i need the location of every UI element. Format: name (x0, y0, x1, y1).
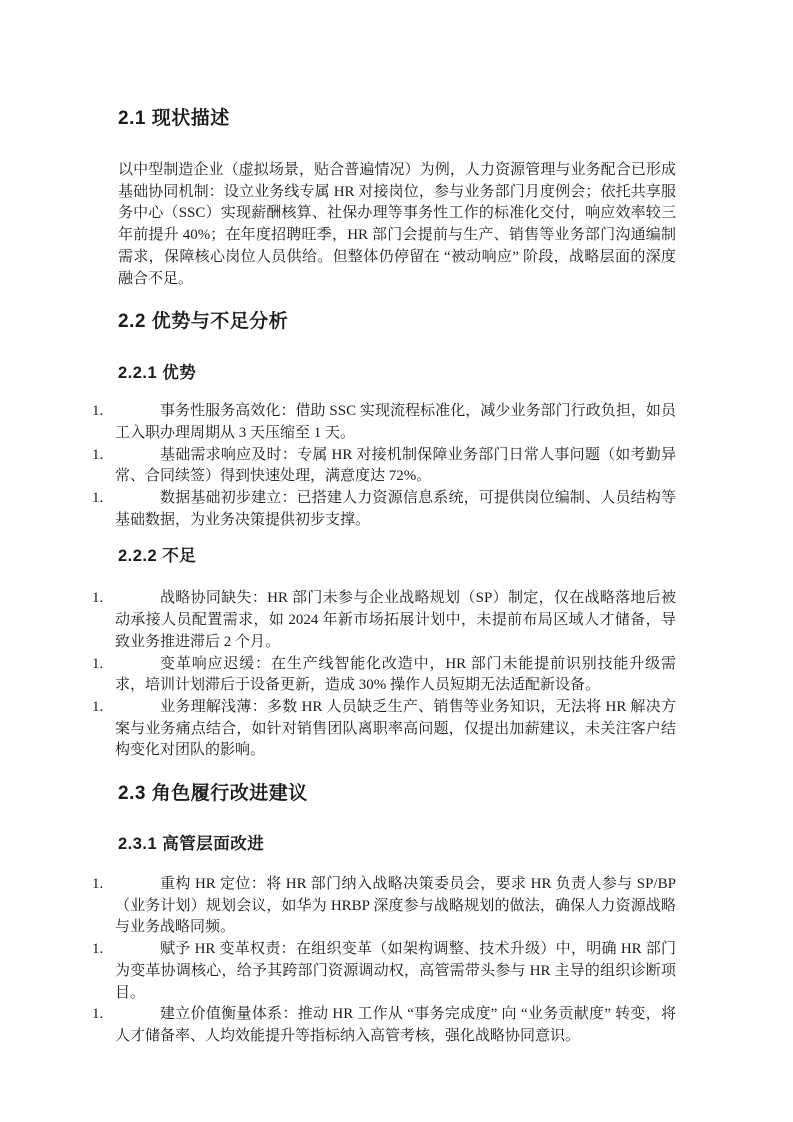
list-item-marker: 1. (92, 1004, 103, 1026)
list-item-marker: 1. (92, 488, 103, 510)
list-item: 1. 事务性服务高效化：借助 SSC 实现流程标准化，减少业务部门行政负担，如员… (115, 401, 676, 444)
list-item-text: 重构 HR 定位：将 HR 部门纳入战略决策委员会，要求 HR 负责人参与 SP… (115, 876, 676, 935)
list-item-marker: 1. (92, 445, 103, 467)
list-item-text: 建立价值衡量体系：推动 HR 工作从 “事务完成度” 向 “业务贡献度” 转变，… (115, 1006, 676, 1044)
list-item-marker: 1. (92, 654, 103, 676)
list-item: 1. 数据基础初步建立：已搭建人力资源信息系统，可提供岗位编制、人员结构等基础数… (115, 488, 676, 531)
list-item: 1. 变革响应迟缓：在生产线智能化改造中，HR 部门未能提前识别技能升级需求，培… (115, 654, 676, 697)
list-item-text: 赋予 HR 变革权责：在组织变革（如架构调整、技术升级）中，明确 HR 部门为变… (115, 941, 676, 1000)
list-item: 1. 赋予 HR 变革权责：在组织变革（如架构调整、技术升级）中，明确 HR 部… (115, 939, 676, 1004)
list-item: 1. 战略协同缺失：HR 部门未参与企业战略规划（SP）制定，仅在战略落地后被动… (115, 588, 676, 653)
list-item-text: 事务性服务高效化：借助 SSC 实现流程标准化，减少业务部门行政负担，如员工入职… (115, 403, 676, 441)
list-item-text: 战略协同缺失：HR 部门未参与企业战略规划（SP）制定，仅在战略落地后被动承接人… (115, 590, 676, 649)
document-page: 2.1 现状描述 以中型制造企业（虚拟场景，贴合普遍情况）为例，人力资源管理与业… (0, 0, 793, 1122)
list-item-text: 数据基础初步建立：已搭建人力资源信息系统，可提供岗位编制、人员结构等基础数据，为… (115, 490, 676, 528)
list-item-text: 业务理解浅薄：多数 HR 人员缺乏生产、销售等业务知识，无法将 HR 解决方案与… (115, 699, 676, 758)
list-advantages: 1. 事务性服务高效化：借助 SSC 实现流程标准化，减少业务部门行政负担，如员… (118, 401, 676, 531)
section-heading-2-3: 2.3 角色履行改进建议 (118, 782, 676, 806)
list-item: 1. 重构 HR 定位：将 HR 部门纳入战略决策委员会，要求 HR 负责人参与… (115, 874, 676, 939)
subsection-heading-2-2-1: 2.2.1 优势 (118, 362, 676, 384)
list-item-marker: 1. (92, 874, 103, 896)
list-item: 1. 基础需求响应及时：专属 HR 对接机制保障业务部门日常人事问题（如考勤异常… (115, 445, 676, 488)
list-item-text: 基础需求响应及时：专属 HR 对接机制保障业务部门日常人事问题（如考勤异常、合同… (115, 447, 676, 485)
list-item: 1. 业务理解浅薄：多数 HR 人员缺乏生产、销售等业务知识，无法将 HR 解决… (115, 697, 676, 762)
list-item-marker: 1. (92, 939, 103, 961)
list-item-marker: 1. (92, 697, 103, 719)
list-item: 1. 建立价值衡量体系：推动 HR 工作从 “事务完成度” 向 “业务贡献度” … (115, 1004, 676, 1047)
section-heading-2-2: 2.2 优势与不足分析 (118, 310, 676, 334)
paragraph-2-1-body: 以中型制造企业（虚拟场景，贴合普遍情况）为例，人力资源管理与业务配合已形成基础协… (118, 160, 676, 290)
subsection-heading-2-3-1: 2.3.1 高管层面改进 (118, 833, 676, 855)
list-weaknesses: 1. 战略协同缺失：HR 部门未参与企业战略规划（SP）制定，仅在战略落地后被动… (118, 588, 676, 762)
section-heading-2-1: 2.1 现状描述 (118, 107, 676, 131)
list-executive-improvements: 1. 重构 HR 定位：将 HR 部门纳入战略决策委员会，要求 HR 负责人参与… (118, 874, 676, 1048)
list-item-marker: 1. (92, 588, 103, 610)
list-item-text: 变革响应迟缓：在生产线智能化改造中，HR 部门未能提前识别技能升级需求，培训计划… (115, 656, 676, 694)
subsection-heading-2-2-2: 2.2.2 不足 (118, 545, 676, 567)
list-item-marker: 1. (92, 401, 103, 423)
